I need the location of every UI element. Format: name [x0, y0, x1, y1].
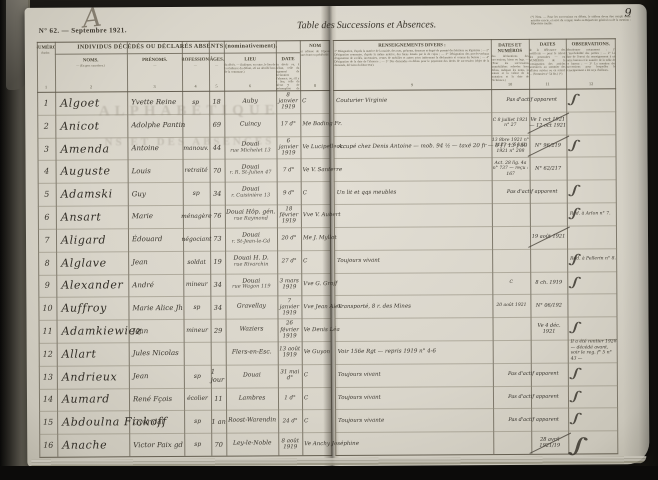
cell-nom: Adamkiewiez: [57, 319, 129, 342]
cell-prof: sp: [184, 410, 211, 433]
cell-prenoms: Marie Alice Jh: [128, 296, 183, 319]
cell-date: 26 février 1919: [278, 318, 302, 341]
cell-date: 20 d°: [277, 227, 301, 250]
cell-prenoms: Victor Paix gd: [129, 433, 184, 456]
column-header-subtext: —: [209, 63, 224, 67]
cell-date: 8 janvier 1919: [276, 90, 300, 113]
cell-prof: sp: [183, 182, 210, 205]
column-number: 5: [211, 85, 222, 89]
cell-lieu: Cuincy: [224, 113, 276, 136]
cell-n: 14: [39, 388, 57, 411]
cell-obs: [566, 111, 616, 134]
cell-prof: retraité: [183, 159, 210, 182]
column-header-title: ÂGES.: [209, 57, 223, 62]
printed-footnote: (*) Nota. — Pour les successions ou débe…: [531, 15, 631, 26]
cell-lieu: Lambres: [226, 387, 278, 410]
cell-n: 15: [39, 411, 57, 434]
cell-nom: Aumard: [57, 388, 129, 411]
cell-age: 1 an: [211, 410, 226, 433]
cell-prenoms: Jean: [129, 365, 184, 388]
cell-cert: Pas d'actif apparent: [515, 408, 552, 431]
cell-n: 4: [38, 160, 56, 183]
cell-rens: Un lit et qqs meubles: [334, 180, 492, 204]
lieu-line-2: rue Raymond: [234, 216, 268, 222]
cell-age: 34: [210, 273, 225, 296]
column-header-title: NUMÉRO: [37, 45, 55, 50]
column-header-subtext: —: [128, 64, 182, 68]
cell-age: 34: [210, 296, 225, 319]
cell-cert: 8 ch. 1919: [530, 271, 567, 294]
cell-age: 11: [211, 387, 226, 410]
cell-nom: Amenda: [55, 137, 127, 160]
cell-lieu: Douairue Michelet 13: [224, 136, 276, 159]
column-number: 3: [135, 85, 174, 89]
cell-decl: C 8 juillet 1921 n° 27: [491, 112, 529, 135]
cell-prenoms: Jean: [128, 251, 183, 274]
cell-prof: mineur: [183, 273, 210, 296]
cell-n: 5: [38, 183, 56, 206]
cell-prenoms: Antoine: [127, 137, 182, 160]
column-header-title: DATE: [281, 57, 294, 62]
lieu-line-2: r. St-Jean-le-Gd: [232, 239, 270, 245]
cell-nom: Adamski: [56, 183, 128, 206]
cell-prenoms: Guy: [128, 182, 183, 205]
cell-prof: soldat: [183, 250, 210, 273]
cell-cert: Pas d'actif apparent: [513, 89, 550, 112]
cell-lieu: Douai: [226, 364, 278, 387]
cell-nom: Alexander: [56, 274, 128, 297]
column-header: DATES ET NUMÉROSdes déclarations des suc…: [491, 39, 529, 89]
left-table: INDIVIDUS DÉCÉDÉS OU DÉCLARÉS ABSENTS (n…: [37, 40, 333, 457]
cell-lieu: Ley-le-Noble: [226, 433, 278, 456]
cell-date: 7 janvier 1919: [277, 296, 301, 319]
lieu-line-2: rue Wagon 119: [232, 285, 270, 291]
cell-decl: [492, 249, 530, 272]
cell-prenoms: Jean: [129, 319, 184, 342]
cell-n: 3: [37, 137, 55, 160]
right-table: RENSEIGNEMENTS DIVERS :1° Désignation, d…: [333, 38, 619, 455]
binding-shadow: [321, 6, 340, 466]
cell-rens: Toujours vivant: [334, 249, 492, 273]
cell-decl: [492, 203, 530, 226]
cell-date: 3 mars 1919: [277, 273, 301, 296]
scanned-register-scan: N° 62. — Septembre 1921. A Table des Suc…: [0, 0, 658, 480]
cell-decl: 13 8bre 1921 n° 1127 — 6 juil. 1921 n° 2…: [491, 134, 529, 157]
cell-cert: N° 06/192: [530, 294, 567, 317]
column-header-subtext: d'ordre.: [37, 51, 55, 55]
column-header: OBSERVATIONS.Mentionner notamment : 1° L…: [566, 38, 616, 88]
column-number: 10: [497, 83, 524, 87]
cell-age: 18: [209, 91, 224, 114]
cell-n: 6: [38, 206, 56, 229]
cell-n: 11: [39, 320, 57, 343]
cell-date: 8 août 1919: [278, 432, 302, 455]
column-header-subtext: Mentionner notamment : 1° L'insolvabilit…: [566, 48, 615, 72]
cell-lieu: Waziers: [226, 318, 278, 341]
column-header-subtext: 1° Désignation, d'après la matrice de la…: [334, 49, 489, 67]
cell-nom: Anache: [57, 433, 129, 456]
cell-lieu: Douair. St-Jean-le-Gd: [225, 227, 277, 250]
column-header: NUMÉROd'ordre.1: [37, 42, 55, 92]
cell-rens: [334, 272, 492, 296]
book-edge-bottom: [0, 466, 658, 480]
cell-age: 76: [210, 205, 225, 228]
cell-lieu: Gravellay: [225, 296, 277, 319]
column-header: PROFESSIONS.—4: [182, 54, 209, 91]
cell-cert: Pas d'actif apparent: [515, 385, 552, 408]
cell-decl: [493, 340, 531, 363]
cell-rens: Couturier Virginie: [333, 89, 491, 113]
column-number: 11: [535, 83, 561, 87]
cell-nom: Allart: [57, 342, 129, 365]
column-header-title: PROFESSIONS.: [182, 57, 209, 62]
cell-lieu: Douair. R. St-Julien 47: [225, 159, 277, 182]
column-header-subtext: de la délivrance des certificats — pour …: [529, 48, 565, 76]
column-number: 9: [357, 83, 468, 88]
cell-date: 7 d°: [277, 159, 301, 182]
cell-prof: sp: [184, 433, 211, 456]
column-header-title: NOM: [309, 44, 321, 49]
cell-rens: Toujours vivante: [335, 408, 493, 432]
cell-prenoms: Louis: [128, 159, 183, 182]
cell-cert: [530, 248, 567, 271]
cell-rens: Toujours vivant: [335, 386, 493, 410]
column-header: LIEUdu décès. — (Indiquer, en outre, le …: [224, 53, 276, 90]
cell-nom: Abdoulna Fickoff: [57, 411, 129, 434]
cell-age: 73: [210, 228, 225, 251]
cell-prof: ménagère: [183, 205, 210, 228]
handwritten-tab-letter: A: [81, 3, 103, 35]
cell-nom: Auffroy: [56, 297, 128, 320]
cell-n: 8: [38, 251, 56, 274]
cell-nom: Alglave: [56, 251, 128, 274]
cell-lieu: Flers-en-Esc.: [226, 341, 278, 364]
cell-cert: [530, 203, 567, 226]
cell-cert: N° 62/217: [530, 157, 567, 180]
cell-date: 1 d°: [278, 387, 302, 410]
column-header-subtext: des déclarations des successions, biens …: [491, 55, 528, 83]
cell-prof: sp: [184, 365, 211, 388]
column-header-subtext: — (En gros caractères.): [56, 64, 127, 68]
cell-cert: Pas d'actif apparent: [515, 362, 552, 385]
cell-decl: 20 août 1921: [492, 294, 530, 317]
cell-nom: Algoet: [55, 91, 127, 114]
cell-prenoms: Édouard: [128, 228, 183, 251]
cell-date: 13 août 1919: [278, 341, 302, 364]
column-header: ÂGES.—5: [209, 54, 224, 91]
page-edge-right: [621, 4, 650, 464]
cell-date: 18 février 1919: [277, 204, 301, 227]
cell-age: 29: [211, 319, 226, 342]
cell-decl: [493, 431, 531, 454]
cell-obs: Il a été rentier 1928 — décédé avant, vo…: [568, 339, 618, 362]
cell-n: 1: [37, 92, 55, 115]
cell-age: 19: [210, 250, 225, 273]
lieu-line-2: rue Michelet 13: [230, 148, 270, 154]
cell-nom: Auguste: [56, 160, 128, 183]
column-header: DATEdu décès ou, à défaut, celle du juge…: [276, 53, 300, 90]
cell-lieu: Roost-Warendin: [226, 410, 278, 433]
column-header-subtext: du décès. — (Indiquer, en outre, le lieu…: [224, 63, 275, 74]
page-spread: N° 62. — Septembre 1921. A Table des Suc…: [25, 4, 650, 468]
column-header-title: DATES: [539, 42, 555, 47]
cell-date: 6 janvier 1919: [276, 136, 300, 159]
cell-prenoms: Yvette Reine: [127, 91, 182, 114]
column-number: 1: [40, 86, 53, 90]
cell-age: 1 jour: [211, 364, 226, 387]
cell-lieu: Auby: [224, 90, 276, 113]
cell-decl: [492, 226, 530, 249]
cell-age: 70: [211, 433, 226, 456]
column-header: DATESde la délivrance des certificats — …: [529, 39, 566, 89]
cell-n: 12: [39, 343, 57, 366]
cell-obs: [567, 225, 617, 248]
cell-prof: sp: [182, 91, 209, 114]
column-header-title: DATES ET NUMÉROS: [495, 43, 525, 54]
column-header-title: LIEU: [244, 57, 256, 62]
lieu-line-2: r. R. St-Julien 47: [230, 171, 272, 177]
cell-prenoms: Jules Nicolas: [129, 342, 184, 365]
cell-rens: [334, 157, 492, 181]
cell-cert: Pas d'actif apparent: [514, 180, 551, 203]
cell-lieu: Douai Hôp. gén.rue Raymond: [225, 204, 277, 227]
column-header-title: OBSERVATIONS.: [572, 42, 610, 48]
column-number: 4: [186, 85, 205, 89]
cell-prenoms: Gynridal: [129, 410, 184, 433]
cell-rens: [334, 203, 492, 227]
cell-n: 7: [38, 229, 56, 252]
cell-rens: [335, 317, 493, 341]
cell-age: 34: [210, 182, 225, 205]
cell-lieu: Douairue Wagon 119: [225, 273, 277, 296]
cell-date: 24 d°: [278, 410, 302, 433]
column-header-subtext: —: [182, 63, 208, 67]
cell-lieu: Douai H. D.rue Rivarchin: [225, 250, 277, 273]
column-header: PRÉNOMS.—3: [127, 54, 182, 91]
cell-rens: [334, 226, 492, 250]
cell-rens: Voir 156e Rgt — repris 1919 n° 4-6: [335, 340, 493, 364]
cell-date: 27 d°: [277, 250, 301, 273]
cell-age: 44: [209, 136, 224, 159]
cell-cert: Ve 4 déc. 1921: [530, 317, 567, 340]
cell-prof: [184, 342, 211, 365]
cell-nom: Anicot: [55, 114, 127, 137]
cell-nom: Ansart: [56, 205, 128, 228]
cell-lieu: Douair. Cuisinière 13: [225, 182, 277, 205]
column-header-title: NOMS.: [83, 58, 99, 63]
cell-cert: [531, 340, 568, 363]
cell-prenoms: Marie: [128, 205, 183, 228]
cell-age: 70: [210, 159, 225, 182]
cell-obs: [567, 294, 617, 317]
cell-obs: [567, 157, 617, 180]
cell-n: 16: [39, 434, 57, 457]
cell-nom: Aligard: [56, 228, 128, 251]
cell-prof: [182, 114, 209, 137]
cell-prenoms: André: [128, 273, 183, 296]
cell-prenoms: René Fçois: [129, 387, 184, 410]
cell-rens: [335, 431, 493, 455]
cell-n: 9: [38, 274, 56, 297]
page-title-right: Successions et Absences.: [337, 19, 487, 31]
cell-prof: manouv.: [182, 136, 209, 159]
cell-date: 31 mai d°: [278, 364, 302, 387]
cell-prof: écolier: [184, 387, 211, 410]
cell-rens: Toujours vivant: [335, 363, 493, 387]
cell-rens: occupé chez Denis Antoine — mob. 94 ½ — …: [333, 135, 491, 159]
cell-age: 69: [209, 113, 224, 136]
cell-date: 17 d°: [276, 113, 300, 136]
cell-prenoms: Adolphe Pantin: [127, 114, 182, 137]
column-header-title: RENSEIGNEMENTS DIVERS :: [378, 43, 446, 49]
cell-n: 13: [39, 365, 57, 388]
cell-decl: [492, 317, 530, 340]
cell-n: 10: [38, 297, 56, 320]
cell-n: 2: [37, 115, 55, 138]
cell-rens: Transporté, 8 r. des Mines: [334, 294, 492, 318]
cell-nom: Andrieux: [57, 365, 129, 388]
lieu-line-2: rue Rivarchin: [234, 262, 269, 268]
cell-decl: C: [492, 271, 530, 294]
column-header-title: PRÉNOMS.: [142, 58, 167, 63]
cell-date: 9 d°: [277, 181, 301, 204]
cell-age: [211, 342, 226, 365]
cell-decl: Act. 28 lig. 4a n° 737 — reçu : 167: [492, 157, 530, 180]
column-header: NOMS.— (En gros caractères.)2: [55, 54, 127, 91]
cell-rens: [333, 112, 491, 136]
column-number: 2: [66, 85, 116, 90]
column-number: 7: [280, 84, 297, 88]
lieu-line-2: r. Cuisinière 13: [231, 194, 270, 200]
cell-prof: sp: [183, 296, 210, 319]
column-number: 12: [574, 82, 609, 86]
column-number: 6: [232, 84, 268, 88]
column-header: RENSEIGNEMENTS DIVERS :1° Désignation, d…: [333, 39, 491, 90]
cell-prof: mineur: [184, 319, 211, 342]
cell-prof: négociant: [183, 228, 210, 251]
